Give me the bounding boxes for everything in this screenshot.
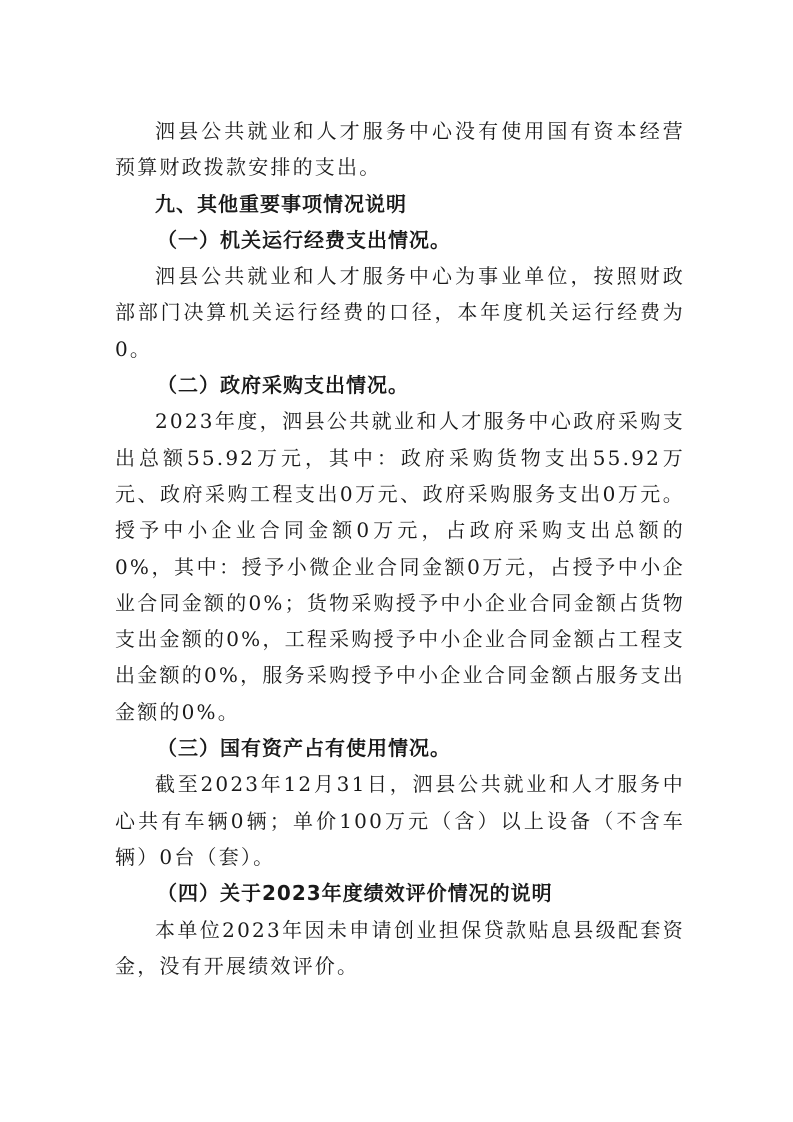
section-heading-other-matters: 九、其他重要事项情况说明 (115, 186, 685, 222)
subheading-government-procurement: （二）政府采购支出情况。 (115, 367, 685, 403)
subheading-state-assets: （三）国有资产占有使用情况。 (115, 730, 685, 766)
paragraph-performance-evaluation: 本单位2023年因未申请创业担保贷款贴息县级配套资金，没有开展绩效评价。 (115, 912, 685, 985)
subheading-performance-evaluation: （四）关于2023年度绩效评价情况的说明 (115, 875, 685, 911)
paragraph-operating-expenses: 泗县公共就业和人才服务中心为事业单位，按照财政部部门决算机关运行经费的口径，本年… (115, 258, 685, 367)
paragraph-state-assets: 截至2023年12月31日，泗县公共就业和人才服务中心共有车辆0辆；单价100万… (115, 766, 685, 875)
paragraph-state-capital-budget: 泗县公共就业和人才服务中心没有使用国有资本经营预算财政拨款安排的支出。 (115, 113, 685, 186)
paragraph-government-procurement: 2023年度，泗县公共就业和人才服务中心政府采购支出总额55.92万元，其中：政… (115, 403, 685, 730)
subheading-operating-expenses: （一）机关运行经费支出情况。 (115, 222, 685, 258)
document-page: 泗县公共就业和人才服务中心没有使用国有资本经营预算财政拨款安排的支出。 九、其他… (115, 113, 685, 984)
